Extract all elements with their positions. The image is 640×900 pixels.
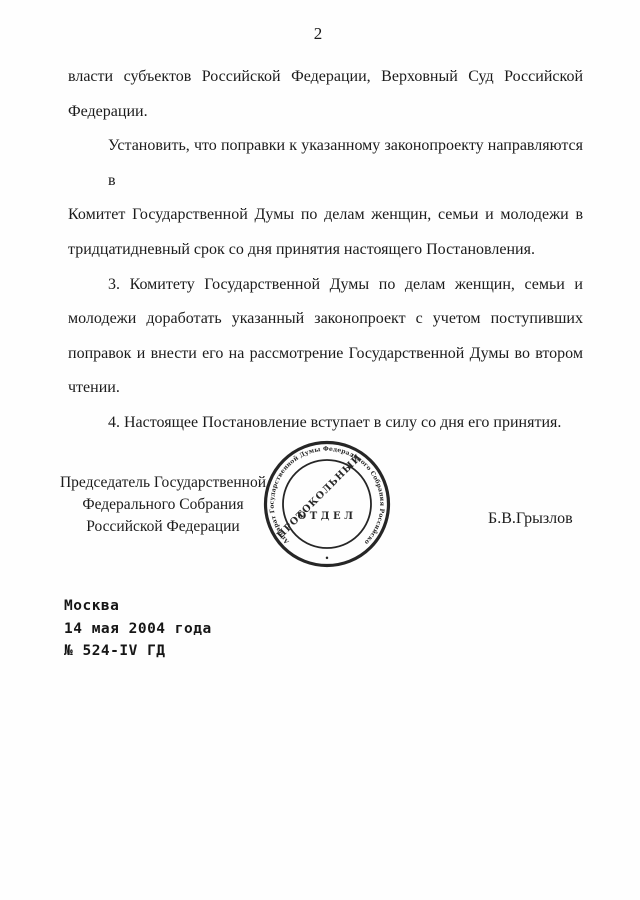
body-line: Установить, что поправки к указанному за… [68, 129, 583, 198]
signature-title-block: Председатель Государственной Федеральног… [54, 472, 272, 538]
signature-title-line: Председатель Государственной [54, 472, 272, 494]
paragraph: Установить, что поправки к указанному за… [68, 129, 583, 267]
body-line: Комитет Государственной Думы по делам же… [68, 198, 583, 233]
footer-doc-number: № 524-IV ГД [64, 640, 212, 663]
document-page: 2 власти субъектов Российской Федерации,… [0, 0, 640, 900]
signature-title-line: Федерального Собрания [54, 494, 272, 516]
page-number: 2 [0, 24, 636, 44]
stamp-bottom-dot: • [325, 554, 329, 563]
stamp-outer-ring [266, 443, 389, 566]
stamp-inner-ring [283, 460, 371, 548]
footer-date: 14 мая 2004 года [64, 618, 212, 641]
document-body: власти субъектов Российской Федерации, В… [68, 60, 583, 441]
signature-title-line: Российской Федерации [54, 516, 272, 538]
footer-block: Москва 14 мая 2004 года № 524-IV ГД [64, 595, 212, 663]
paragraph: 4. Настоящее Постановление вступает в си… [68, 406, 583, 441]
body-line: 4. Настоящее Постановление вступает в си… [68, 406, 583, 441]
body-line: поправок и внести его на рассмотрение Го… [68, 337, 583, 372]
paragraph: власти субъектов Российской Федерации, В… [68, 60, 583, 129]
body-line: Федерации. [68, 95, 583, 130]
footer-city: Москва [64, 595, 212, 618]
protocol-department-stamp-icon: Аппарат Государственной Думы Федеральног… [261, 438, 393, 570]
body-line: чтении. [68, 371, 583, 406]
body-line: молодежи доработать указанный законопрое… [68, 302, 583, 337]
stamp-dept-line2: ОТДЕЛ [297, 511, 356, 522]
signature-name: Б.В.Грызлов [488, 510, 573, 528]
body-line: тридцатидневный срок со дня принятия нас… [68, 233, 583, 268]
body-line: власти субъектов Российской Федерации, В… [68, 60, 583, 95]
paragraph: 3. Комитету Государственной Думы по дела… [68, 268, 583, 406]
body-line: 3. Комитету Государственной Думы по дела… [68, 268, 583, 303]
